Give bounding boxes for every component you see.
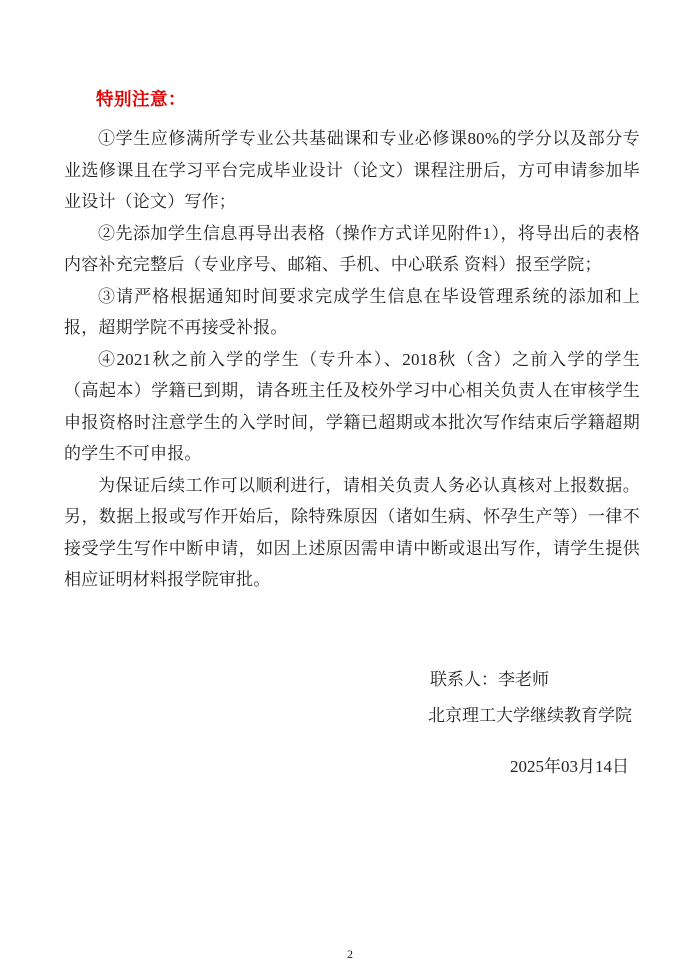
document-date: 2025年03月14日 [510,752,629,777]
paragraph-item-1: ①学生应修满所学专业公共基础课和专业必修课80%的学分以及部分专业选修课且在学习… [64,123,640,218]
paragraph-item-4: ④2021秋之前入学的学生（专升本）、2018秋（含）之前入学的学生（高起本）学… [64,344,640,470]
document-body: 特别注意： ①学生应修满所学专业公共基础课和专业必修课80%的学分以及部分专业选… [64,88,640,596]
contact-person: 联系人：李老师 [430,665,549,690]
page-number: 2 [0,947,688,962]
notice-title: 特别注意： [96,88,640,110]
document-page: 特别注意： ①学生应修满所学专业公共基础课和专业必修课80%的学分以及部分专业选… [0,0,688,971]
organization-name: 北京理工大学继续教育学院 [428,701,632,726]
paragraph-item-3: ③请严格根据通知时间要求完成学生信息在毕设管理系统的添加和上报，超期学院不再接受… [64,281,640,344]
paragraph-closing: 为保证后续工作可以顺利进行，请相关负责人务必认真核对上报数据。另，数据上报或写作… [64,470,640,596]
paragraph-item-2: ②先添加学生信息再导出表格（操作方式详见附件1），将导出后的表格内容补充完整后（… [64,218,640,281]
